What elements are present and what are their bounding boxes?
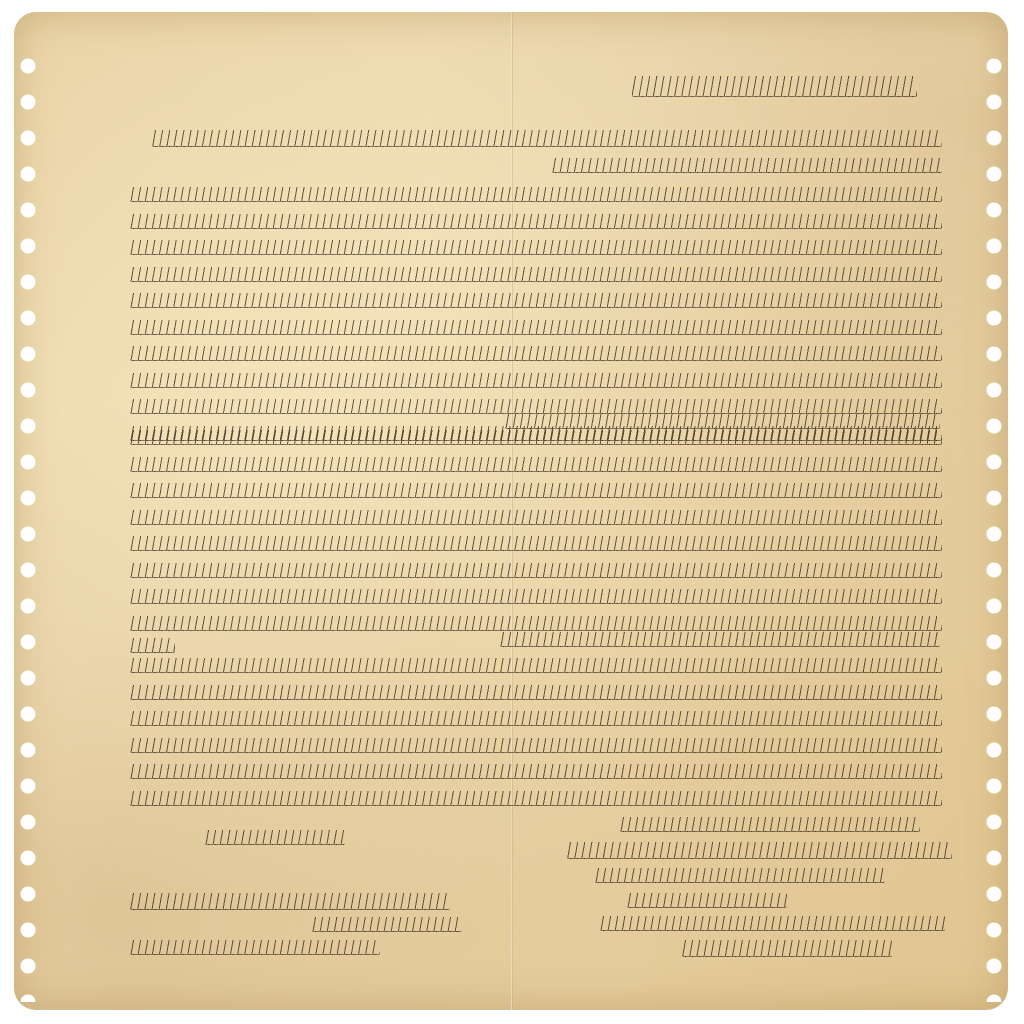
body-line [130,240,942,255]
body-line [130,320,942,335]
body-line [130,791,942,806]
body-line [130,764,942,779]
body-line [130,638,175,653]
body-line [505,414,940,429]
body-line [130,536,942,551]
body-line [130,293,942,308]
body-line [552,158,942,173]
body-line [130,373,942,388]
body-line [130,616,942,631]
body-line [130,267,942,282]
body-line [500,632,940,647]
body-line [130,346,942,361]
signature-left-line [312,917,462,932]
scalloped-edge-right [986,52,1002,1002]
body-line [130,457,942,472]
body-line [130,214,942,229]
signature-left-line [130,893,450,910]
closing-right-line [620,817,920,832]
body-line [130,483,942,498]
body-line [130,510,942,525]
body-line [130,187,942,202]
scalloped-edge-left [20,52,36,1002]
body-line [130,399,942,414]
signature-left-line [130,940,380,955]
signature-right-line [682,940,892,957]
body-line [130,589,942,604]
closing-right-line [567,842,952,859]
body-line [130,430,942,445]
closing-left-line [205,830,345,845]
body-line [130,563,942,578]
body-line [130,738,942,753]
closing-right-line [595,868,885,883]
letter-salutation [152,130,942,147]
closing-right-line [600,916,945,931]
closing-right-line [627,893,787,908]
body-line [130,711,942,726]
body-line [130,685,942,700]
letter-heading [632,76,917,97]
body-line [130,658,942,673]
